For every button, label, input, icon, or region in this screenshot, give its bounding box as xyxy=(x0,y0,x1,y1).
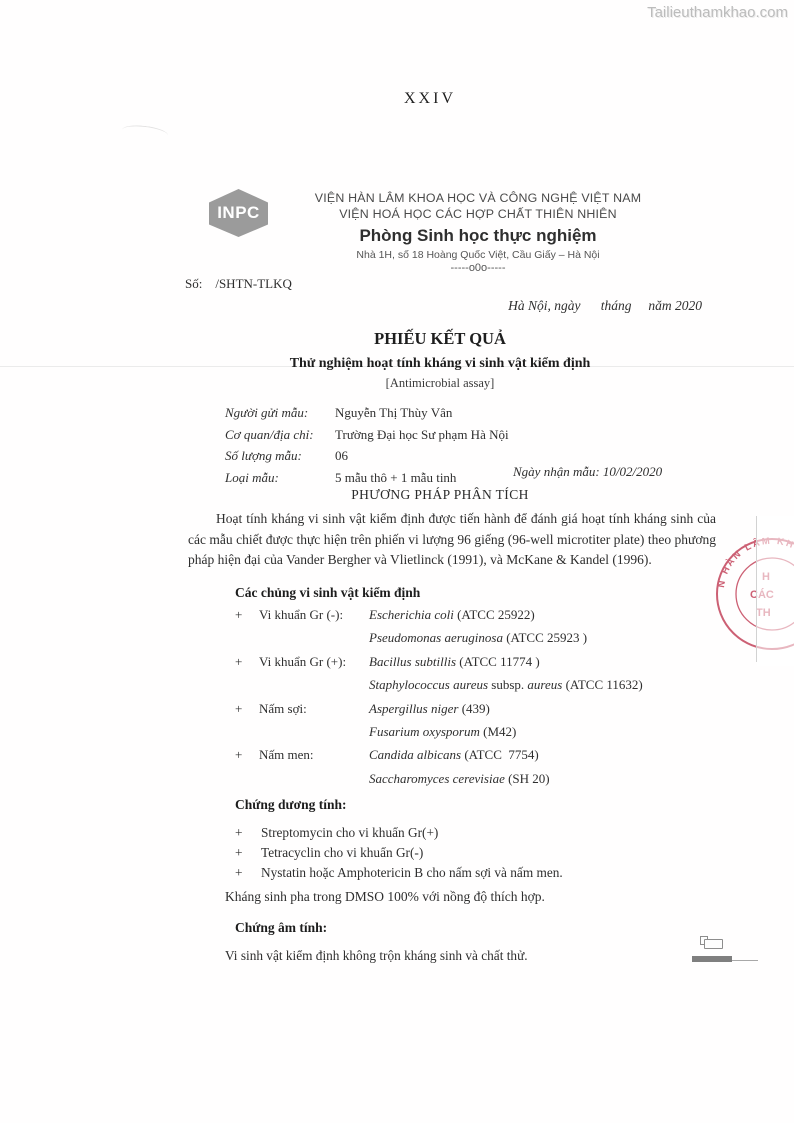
department-name: Phòng Sinh học thực nghiệm xyxy=(268,226,688,246)
species-entry: Fusarium oxysporum (M42) xyxy=(369,724,705,740)
scan-artifact-thin-line xyxy=(732,960,758,961)
positive-control-item: + Nystatin hoặc Amphotericin B cho nấm s… xyxy=(235,863,705,883)
species-code: (ATCC 11632) xyxy=(562,677,642,692)
received-date: Ngày nhận mẫu: 10/02/2020 xyxy=(513,464,662,480)
sample-info-value: Trường Đại học Sư phạm Hà Nội xyxy=(335,424,509,446)
positive-control-heading: Chứng dương tính: xyxy=(235,797,346,813)
strain-row: + Vi khuẩn Gr (-): Escherichia coli (ATC… xyxy=(235,607,705,630)
strains-heading: Các chủng vi sinh vật kiểm định xyxy=(235,585,420,601)
dateline: Hà Nội, ngày tháng năm 2020 xyxy=(430,298,702,314)
strain-group-label: Nấm sợi: xyxy=(259,701,369,717)
species-entry: Saccharomyces cerevisiae (SH 20) xyxy=(369,771,705,787)
strain-group-label: Vi khuẩn Gr (+): xyxy=(259,654,369,670)
department-address: Nhà 1H, số 18 Hoàng Quốc Việt, Cầu Giấy … xyxy=(268,249,688,261)
letterhead: VIỆN HÀN LÂM KHOA HỌC VÀ CÔNG NGHỆ VIỆT … xyxy=(268,190,688,274)
watermark-text: Tailieuthamkhao.com xyxy=(560,4,788,21)
species-name: Saccharomyces cerevisiae xyxy=(369,771,505,786)
inpc-logo-text: INPC xyxy=(217,203,260,223)
plus-marker: + xyxy=(235,863,261,883)
strain-group-label: Nấm men: xyxy=(259,747,369,763)
negative-control-text: Vi sinh vật kiểm định không trộn kháng s… xyxy=(225,948,528,964)
document-page: Tailieuthamkhao.com XXIV INPC VIỆN HÀN L… xyxy=(0,0,794,1123)
sample-info-row: Cơ quan/địa chỉ: Trường Đại học Sư phạm … xyxy=(225,424,645,446)
positive-control-text: Streptomycin cho vi khuẩn Gr(+) xyxy=(261,823,438,843)
positive-control-text: Tetracyclin cho vi khuẩn Gr(-) xyxy=(261,843,423,863)
species-name: Staphylococcus aureus xyxy=(369,677,488,692)
strain-row: + Nấm sợi: Aspergillus niger (439) xyxy=(235,701,705,724)
species-entry: Escherichia coli (ATCC 25922) xyxy=(369,607,705,623)
page-number: XXIV xyxy=(330,90,530,108)
org-name-line2: VIỆN HOÁ HỌC CÁC HỢP CHẤT THIÊN NHIÊN xyxy=(268,206,688,222)
species-name: Pseudomonas aeruginosa xyxy=(369,630,503,645)
sample-info-value: 06 xyxy=(335,445,348,467)
species-entry: Bacillus subtillis (ATCC 11774 ) xyxy=(369,654,705,670)
inpc-logo: INPC xyxy=(209,189,268,237)
positive-control-item: + Tetracyclin cho vi khuẩn Gr(-) xyxy=(235,843,705,863)
species-name: Aspergillus niger xyxy=(369,701,458,716)
letterhead-divider: -----o0o----- xyxy=(268,262,688,274)
plus-marker: + xyxy=(235,607,259,623)
species-entry: Candida albicans (ATCC 7754) xyxy=(369,747,705,763)
method-heading: PHƯƠNG PHÁP PHÂN TÍCH xyxy=(85,487,794,503)
positive-control-item: + Streptomycin cho vi khuẩn Gr(+) xyxy=(235,823,705,843)
strain-row: + Vi khuẩn Gr (+): Bacillus subtillis (A… xyxy=(235,654,705,677)
sample-info-value: Nguyễn Thị Thùy Vân xyxy=(335,402,452,424)
document-title: PHIẾU KẾT QUẢ xyxy=(85,329,794,349)
reference-number: Số: /SHTN-TLKQ xyxy=(185,276,292,292)
species-code: (439) xyxy=(462,701,490,716)
species-entry: Staphylococcus aureus subsp. aureus (ATC… xyxy=(369,677,705,693)
scan-artifact-scratch xyxy=(121,123,168,142)
species-code: (ATCC 25922) xyxy=(457,607,535,622)
species-code: (ATCC 11774 ) xyxy=(459,654,539,669)
scan-artifact-bar xyxy=(692,956,732,962)
species-code: (M42) xyxy=(483,724,516,739)
species-entry: Pseudomonas aeruginosa (ATCC 25923 ) xyxy=(369,630,705,646)
document-subtitle-english: [Antimicrobial assay] xyxy=(85,376,794,391)
document-subtitle: Thử nghiệm hoạt tính kháng vi sinh vật k… xyxy=(85,356,794,372)
plus-marker: + xyxy=(235,823,261,843)
species-name: Escherichia coli xyxy=(369,607,454,622)
strain-group-label: Vi khuẩn Gr (-): xyxy=(259,607,369,623)
method-paragraph: Hoạt tính kháng vi sinh vật kiểm định đư… xyxy=(188,509,716,571)
printer-icon xyxy=(700,936,724,950)
strain-row: Pseudomonas aeruginosa (ATCC 25923 ) xyxy=(235,630,705,653)
org-name-line1: VIỆN HÀN LÂM KHOA HỌC VÀ CÔNG NGHỆ VIỆT … xyxy=(268,190,688,206)
sample-info-label: Loại mẫu: xyxy=(225,467,335,489)
plus-marker: + xyxy=(235,843,261,863)
strain-row: Staphylococcus aureus subsp. aureus (ATC… xyxy=(235,677,705,700)
plus-marker: + xyxy=(235,701,259,717)
species-name: Candida albicans xyxy=(369,747,461,762)
species-name: Bacillus subtillis xyxy=(369,654,456,669)
positive-control-text: Nystatin hoặc Amphotericin B cho nấm sợi… xyxy=(261,863,563,883)
sample-info-label: Người gửi mẫu: xyxy=(225,402,335,424)
sample-info-value: 5 mẫu thô + 1 mẫu tinh xyxy=(335,467,456,489)
sample-info-row: Người gửi mẫu: Nguyễn Thị Thùy Vân xyxy=(225,402,645,424)
sample-info-label: Cơ quan/địa chỉ: xyxy=(225,424,335,446)
species-entry: Aspergillus niger (439) xyxy=(369,701,705,717)
antibiotic-note: Kháng sinh pha trong DMSO 100% với nồng … xyxy=(225,889,545,905)
species-code: (ATCC 25923 ) xyxy=(506,630,587,645)
species-name: Fusarium oxysporum xyxy=(369,724,480,739)
strains-list: + Vi khuẩn Gr (-): Escherichia coli (ATC… xyxy=(235,607,705,794)
positive-control-list: + Streptomycin cho vi khuẩn Gr(+) + Tetr… xyxy=(235,823,705,882)
strain-row: Fusarium oxysporum (M42) xyxy=(235,724,705,747)
negative-control-heading: Chứng âm tính: xyxy=(235,920,327,936)
species-code: (SH 20) xyxy=(508,771,550,786)
species-code: (ATCC 7754) xyxy=(464,747,538,762)
strain-row: Saccharomyces cerevisiae (SH 20) xyxy=(235,771,705,794)
strain-row: + Nấm men: Candida albicans (ATCC 7754) xyxy=(235,747,705,770)
plus-marker: + xyxy=(235,747,259,763)
plus-marker: + xyxy=(235,654,259,670)
sample-info-label: Số lượng mẫu: xyxy=(225,445,335,467)
stamp-fade-overlay xyxy=(757,516,794,666)
